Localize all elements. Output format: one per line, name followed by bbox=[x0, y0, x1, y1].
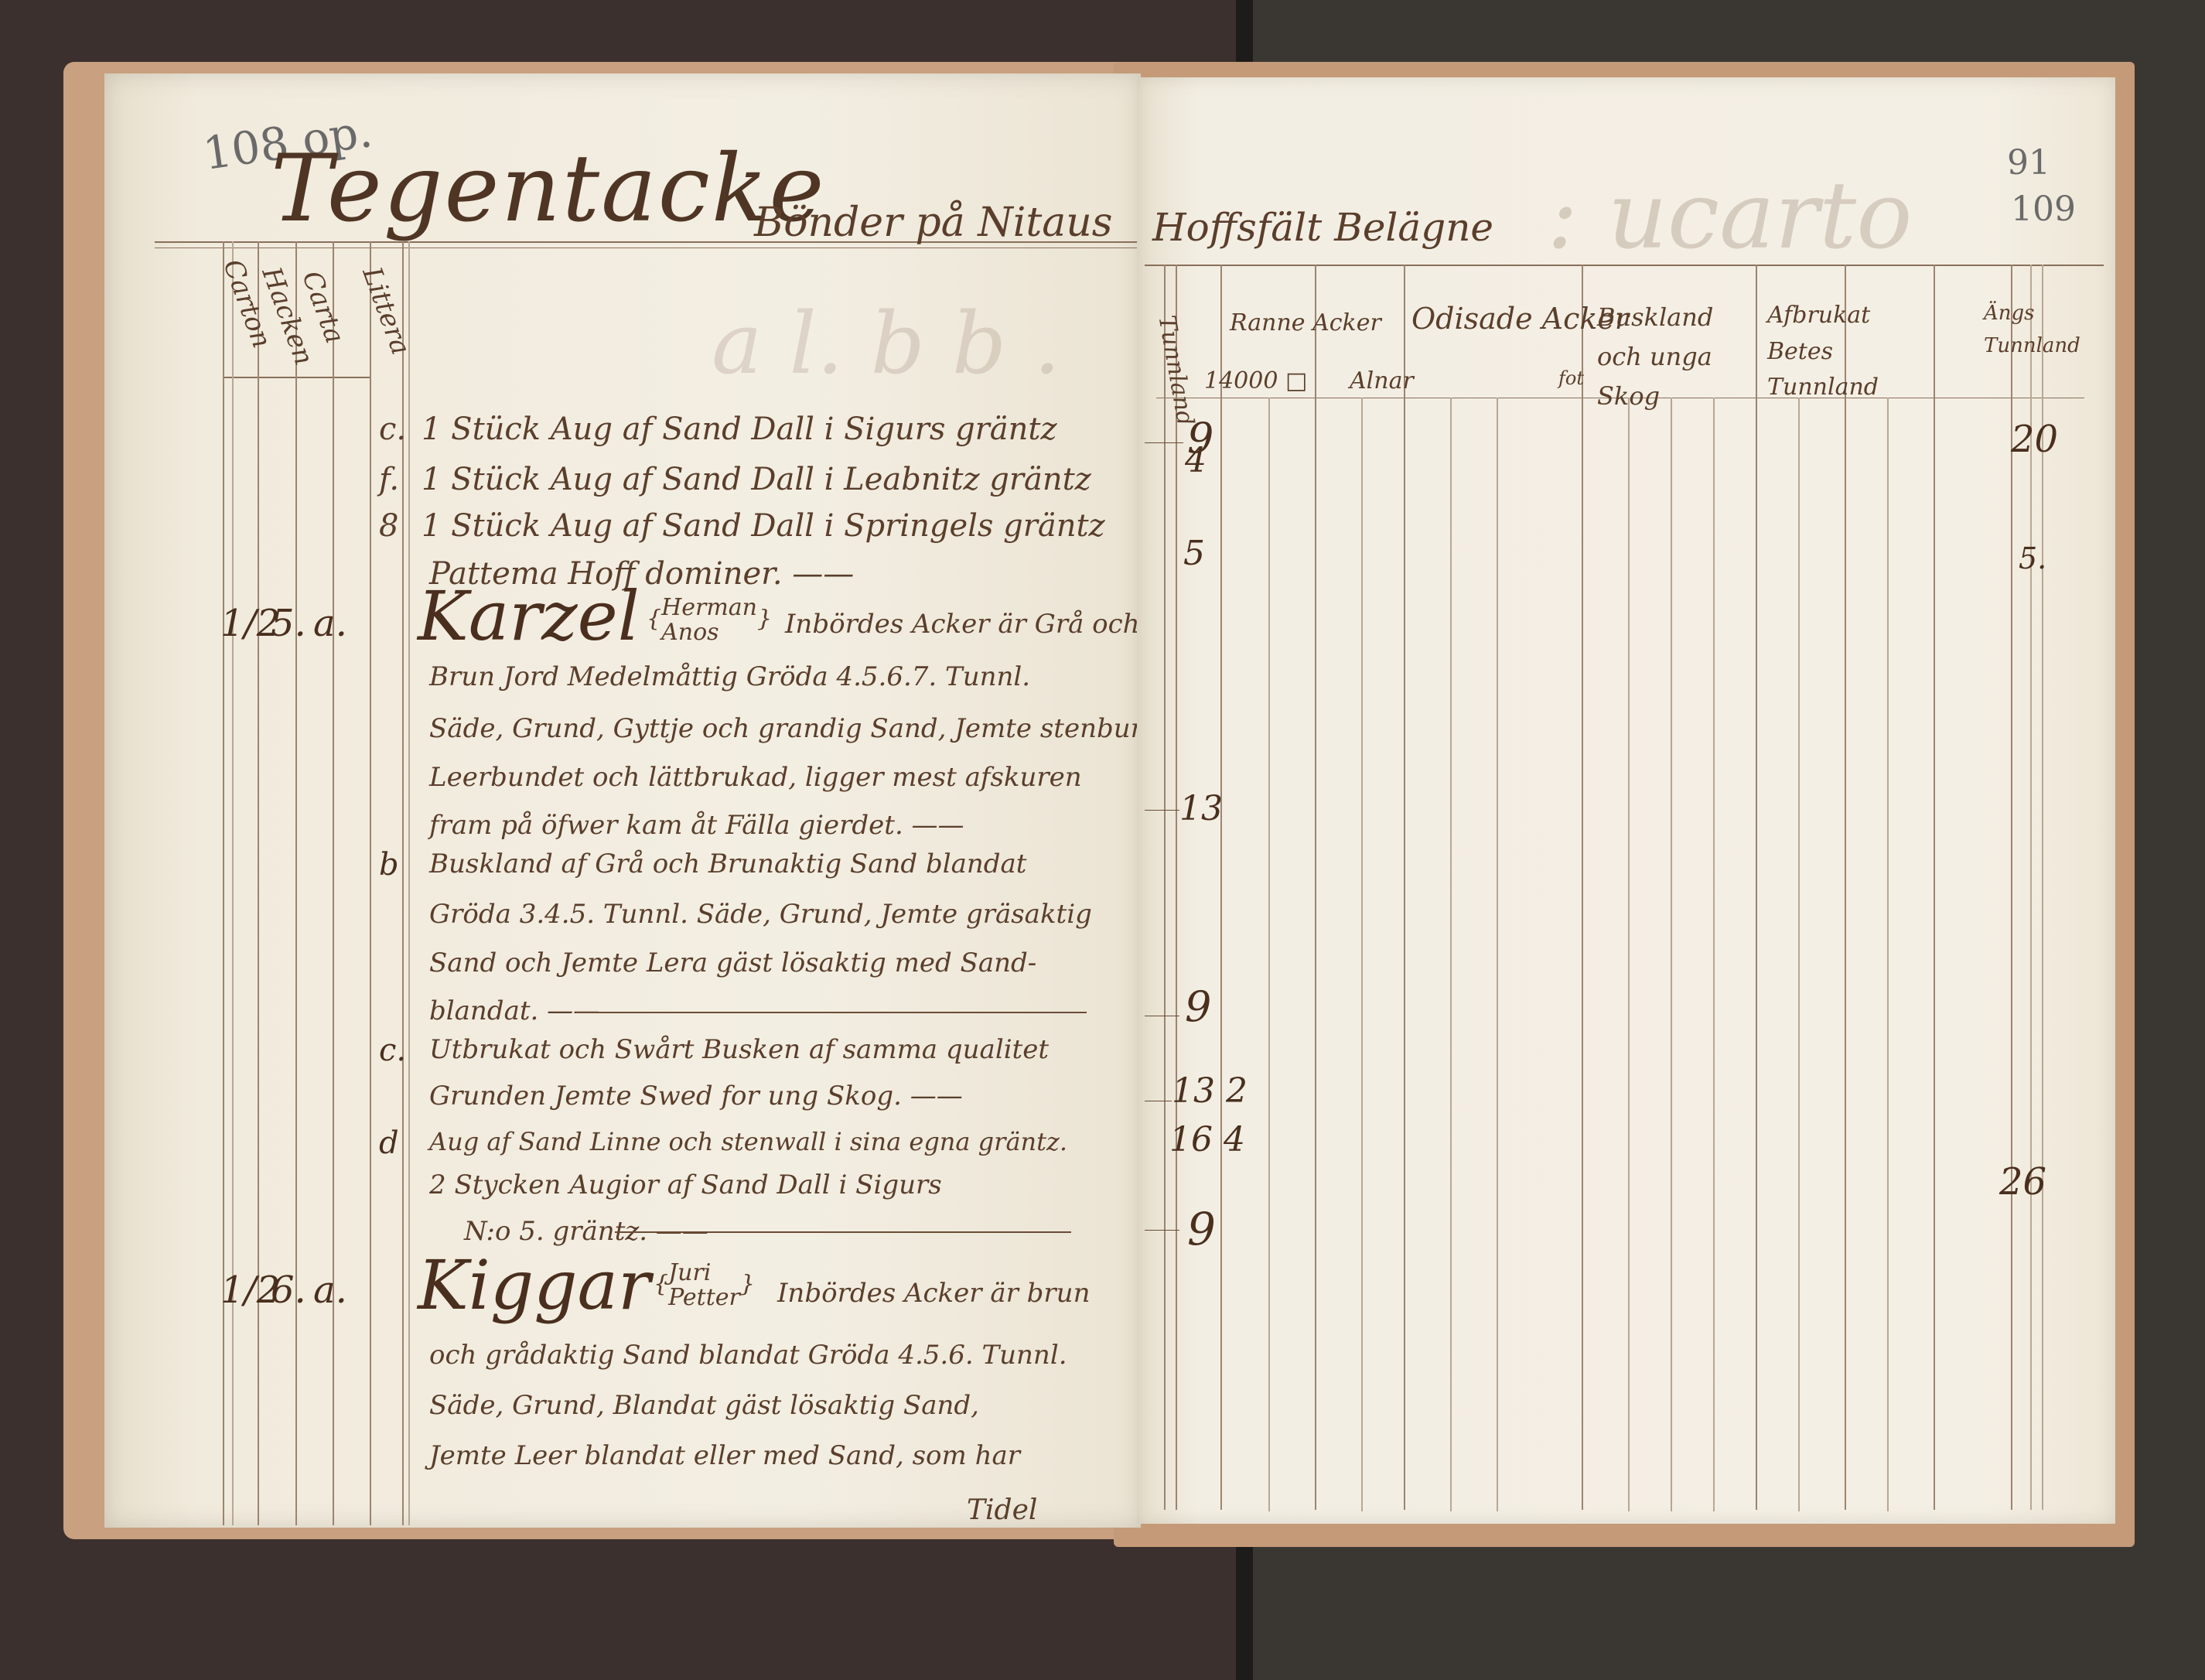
entry-text: Jemte Leer blandat eller med Sand, som h… bbox=[429, 1443, 1020, 1469]
header-rule-double bbox=[155, 248, 1137, 248]
column-line bbox=[1315, 265, 1316, 1510]
column-line bbox=[1361, 398, 1363, 1511]
bleed-through-text: : ucarto bbox=[1547, 162, 1912, 270]
column-line bbox=[370, 241, 371, 1525]
entry-text: Säde, Grund, Gyttje och grandig Sand, Je… bbox=[429, 715, 1190, 742]
entry-text: 2 Stycken Augior af Sand Dall i Sigurs bbox=[429, 1172, 942, 1198]
page-title-left: Tegentacke bbox=[271, 135, 826, 243]
littera-a: a. bbox=[313, 1269, 347, 1312]
column-line bbox=[1798, 398, 1800, 1511]
column-line bbox=[295, 241, 297, 1525]
signature-tidel: Tidel bbox=[967, 1497, 1037, 1525]
column-line bbox=[1404, 265, 1405, 1510]
entry-text: blandat. —— bbox=[429, 998, 599, 1024]
bleed-through-text: a l. b b . bbox=[712, 294, 1060, 393]
entry-text: Aug af Sand Linne och stenwall i sina eg… bbox=[429, 1129, 1067, 1154]
entry-text: Utbrukat och Swårt Busken af samma quali… bbox=[429, 1036, 1049, 1063]
carta-value: 6. bbox=[271, 1269, 306, 1312]
column-line bbox=[1164, 265, 1166, 1510]
tunnland-value: 13 2 bbox=[1172, 1071, 1248, 1111]
littera-c: c. bbox=[379, 1033, 406, 1068]
entry-text: 1 Stück Aug af Sand Dall i Sigurs gräntz bbox=[422, 414, 1057, 445]
leader-dash bbox=[1145, 1230, 1179, 1231]
column-line bbox=[1450, 398, 1452, 1511]
column-line bbox=[1582, 265, 1583, 1510]
column-line bbox=[1756, 265, 1757, 1510]
column-header-odisade-acker: Odisade Acker bbox=[1411, 302, 1629, 336]
page-title-right: Hoffsfält Belägne bbox=[1152, 205, 1493, 250]
person-name: Anos bbox=[661, 619, 719, 646]
entry-text: Inbördes Acker är brun bbox=[777, 1280, 1090, 1306]
column-line bbox=[1713, 398, 1715, 1511]
column-header-afbrukat: Afbrukat Betes Tunnland bbox=[1767, 298, 1930, 406]
entry-text: Säde, Grund, Blandat gäst lösaktig Sand, bbox=[429, 1392, 979, 1419]
entry-text: 1 Stück Aug af Sand Dall i Springels grä… bbox=[422, 510, 1105, 541]
angs-value: 26 bbox=[1999, 1160, 2046, 1204]
entry-text: Leerbundet och lättbrukad, ligger mest a… bbox=[429, 764, 1082, 790]
littera-c: c. bbox=[379, 414, 406, 445]
tunnland-value: 9 bbox=[1187, 1203, 1216, 1255]
column-line bbox=[1671, 398, 1672, 1511]
farm-name-karzel: Karzel bbox=[418, 576, 640, 656]
column-header-buskland: Buskland och unga Skog bbox=[1597, 298, 1760, 417]
persons-kiggar: {JuriPetter} bbox=[654, 1261, 755, 1310]
closing-rule bbox=[576, 1012, 1087, 1013]
leader-dash bbox=[1145, 810, 1179, 811]
tunnland-value: 5 bbox=[1183, 534, 1205, 573]
littera-f: f. bbox=[379, 464, 399, 495]
entry-text: Brun Jord Medelmåttig Gröda 4.5.6.7. Tun… bbox=[429, 664, 1030, 690]
littera-a: a. bbox=[313, 602, 347, 645]
entry-text: Buskland af Grå och Brunaktig Sand bland… bbox=[429, 851, 1026, 877]
area-unit-label: 14000 □ bbox=[1204, 367, 1307, 394]
column-line bbox=[408, 241, 410, 1525]
column-line bbox=[1628, 398, 1630, 1511]
entry-text: fram på öfwer kam åt Fälla gierdet. —— bbox=[429, 812, 964, 838]
column-line bbox=[223, 241, 224, 1525]
column-line bbox=[1268, 398, 1270, 1511]
tunnland-value: 16 4 bbox=[1169, 1120, 1245, 1159]
column-line bbox=[258, 241, 259, 1525]
entry-text: 1 Stück Aug af Sand Dall i Leabnitz grän… bbox=[422, 464, 1091, 495]
littera-b: b bbox=[379, 847, 399, 883]
entry-text: Inbördes Acker är Grå och bbox=[785, 611, 1140, 637]
person-name: Herman bbox=[661, 594, 757, 621]
column-header-ranne-acker: Ranne Acker bbox=[1230, 309, 1381, 336]
leader-dash bbox=[1145, 442, 1183, 443]
leader-dash bbox=[1145, 1016, 1179, 1016]
column-line bbox=[1220, 265, 1222, 1510]
column-line bbox=[1934, 265, 1935, 1510]
tunnland-value: 4 bbox=[1185, 441, 1207, 480]
person-name: Juri bbox=[668, 1259, 711, 1286]
pencil-folio-109: 109 bbox=[2011, 190, 2076, 229]
littera-8: 8 bbox=[379, 510, 398, 541]
angs-value: 5. bbox=[2019, 541, 2046, 575]
littera-d: d bbox=[379, 1125, 399, 1161]
column-line bbox=[1845, 265, 1846, 1510]
column-line bbox=[1887, 398, 1889, 1511]
entry-text: och grådaktig Sand blandat Gröda 4.5.6. … bbox=[429, 1342, 1067, 1368]
person-name: Petter bbox=[668, 1284, 740, 1311]
column-line bbox=[333, 241, 334, 1525]
persons-karzel: {HermanAnos} bbox=[647, 596, 772, 644]
entry-text: Grunden Jemte Swed for ung Skog. —— bbox=[429, 1083, 963, 1109]
right-page bbox=[1137, 77, 2115, 1524]
angs-value: 20 bbox=[2011, 418, 2058, 461]
carta-value: 5. bbox=[271, 602, 306, 645]
entry-text: Sand och Jemte Lera gäst lösaktig med Sa… bbox=[429, 950, 1036, 976]
tunnland-value: 9 bbox=[1185, 982, 1211, 1031]
column-line bbox=[1176, 265, 1177, 1510]
column-line bbox=[1497, 398, 1498, 1511]
closing-rule bbox=[615, 1231, 1071, 1233]
column-header-rule bbox=[224, 377, 371, 378]
farm-name-kiggar: Kiggar bbox=[418, 1245, 650, 1325]
column-line bbox=[232, 241, 234, 1525]
fot-label: fot bbox=[1558, 367, 1584, 389]
header-rule bbox=[1145, 265, 2104, 266]
column-header-angs: Ängs Tunnland bbox=[1984, 298, 2069, 362]
pencil-folio-91: 91 bbox=[2007, 143, 2050, 183]
tunnland-value: 13 bbox=[1179, 789, 1223, 828]
leader-dash bbox=[1145, 1101, 1172, 1101]
alnar-label: Alnar bbox=[1350, 367, 1414, 394]
entry-text: Gröda 3.4.5. Tunnl. Säde, Grund, Jemte g… bbox=[429, 901, 1092, 927]
page-subtitle-left: Bönder på Nitaus bbox=[754, 200, 1112, 246]
